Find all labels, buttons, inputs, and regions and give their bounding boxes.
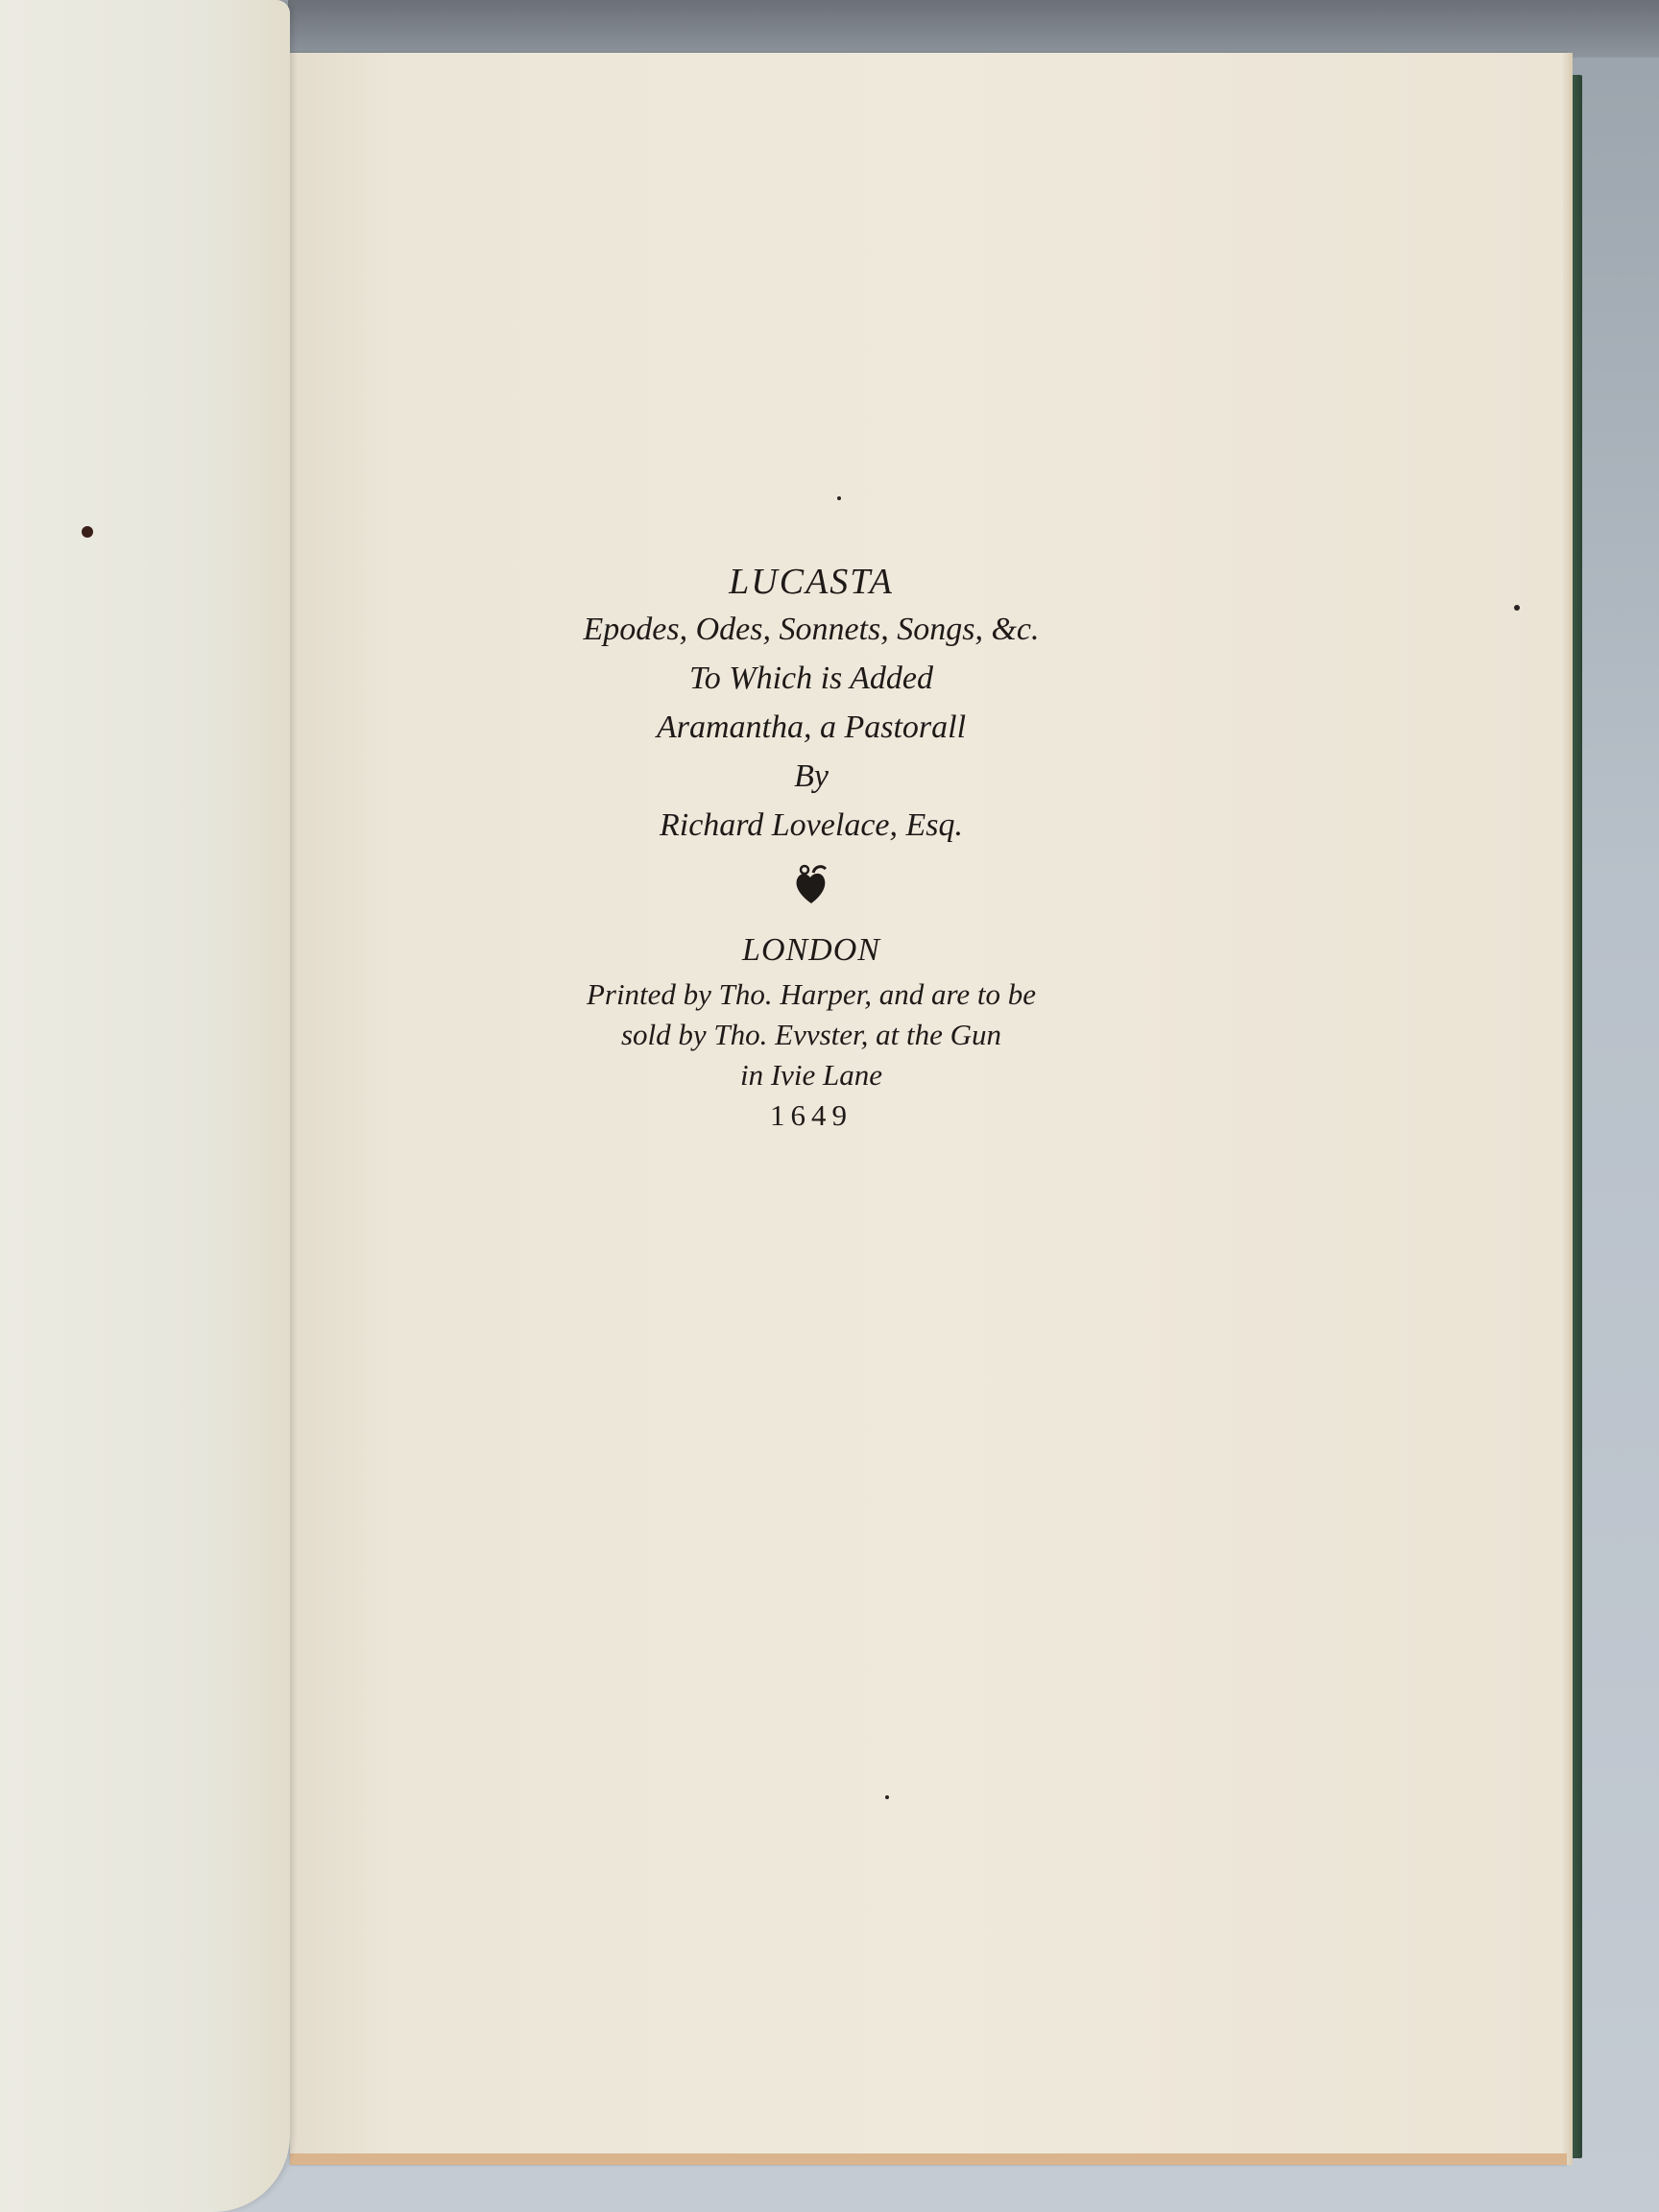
paper-speck [885, 1795, 889, 1799]
added-work: Aramantha, a Pastorall [461, 703, 1162, 752]
title-block: LUCASTA Epodes, Odes, Sonnets, Songs, &c… [461, 559, 1162, 1136]
by-label: By [461, 752, 1162, 801]
book-subtitle: Epodes, Odes, Sonnets, Songs, &c. [461, 605, 1162, 654]
added-line: To Which is Added [461, 654, 1162, 703]
author: Richard Lovelace, Esq. [461, 801, 1162, 850]
background-surface [288, 0, 1659, 58]
imprint-line: sold by Tho. Evvster, at the Gun [461, 1015, 1162, 1055]
paper-speck [1514, 605, 1520, 611]
book-title: LUCASTA [461, 559, 1162, 605]
imprint: Printed by Tho. Harper, and are to be so… [461, 974, 1162, 1136]
paper-speck [837, 496, 841, 500]
fleuron-heart-icon [792, 863, 830, 905]
ink-spot [82, 526, 93, 538]
facing-page [0, 0, 290, 2212]
imprint-place: LONDON [461, 926, 1162, 974]
imprint-year: 1649 [461, 1095, 1162, 1136]
imprint-line: in Ivie Lane [461, 1055, 1162, 1095]
deckle-edge [1563, 53, 1573, 2165]
imprint-line: Printed by Tho. Harper, and are to be [461, 974, 1162, 1015]
